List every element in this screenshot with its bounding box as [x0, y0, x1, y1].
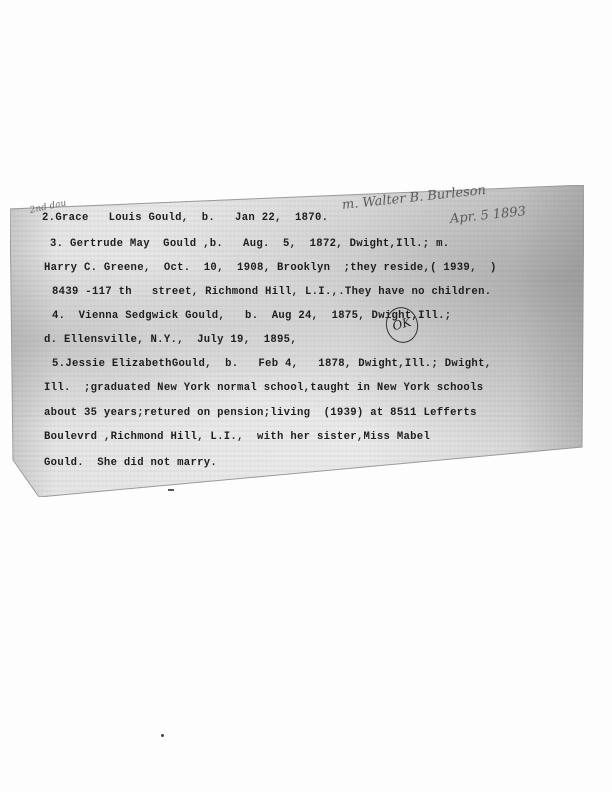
text-line-8: Ill. ;graduated New York normal school,t… [44, 382, 483, 394]
text-line-2: 3. Gertrude May Gould ,b. Aug. 5, 1872, … [50, 238, 449, 250]
text-line-11: Gould. She did not marry. [44, 457, 217, 469]
text-line-9: about 35 years;retured on pension;living… [44, 407, 477, 419]
page-speck [161, 734, 164, 737]
text-line-7: 5.Jessie ElizabethGould, b. Feb 4, 1878,… [52, 358, 491, 370]
text-line-1: 2.Grace Louis Gould, b. Jan 22, 1870. [42, 212, 328, 224]
text-line-10: Boulevrd ,Richmond Hill, L.I., with her … [44, 431, 430, 443]
stray-mark [168, 489, 174, 491]
text-line-6: d. Ellensville, N.Y., July 19, 1895, [44, 334, 297, 346]
text-line-3: Harry C. Greene, Oct. 10, 1908, Brooklyn… [44, 262, 497, 274]
text-line-4: 8439 -117 th street, Richmond Hill, L.I.… [52, 286, 491, 298]
